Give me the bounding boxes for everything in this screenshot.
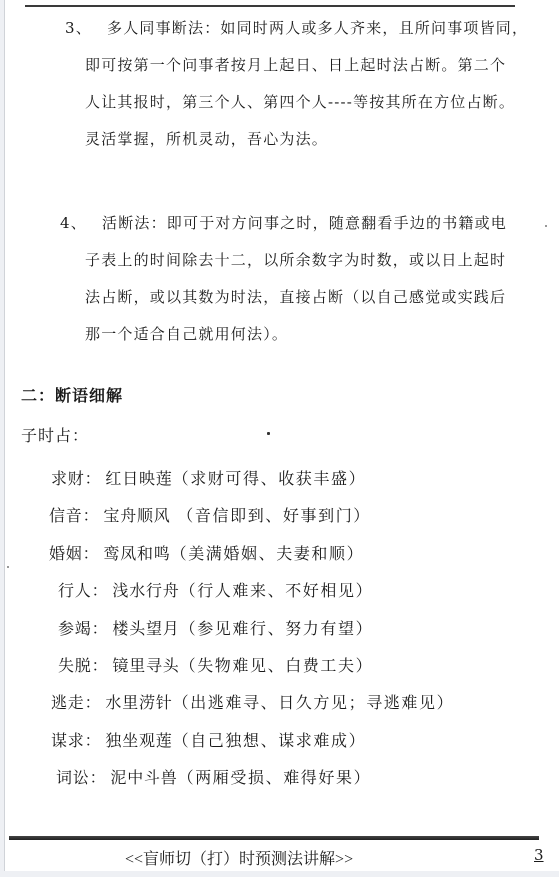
entry-term: 失脱： [58,656,108,675]
entry-phrase: 水里涝针 [105,693,172,712]
bottom-rule [9,836,539,840]
item-4-line-2: 子表上的时间除去十二，以所余数字为时数，或以日上起时 [85,242,507,279]
item-number: 3、 [65,10,107,47]
entry-phrase: 镜里寻头 [112,656,179,675]
item-3-line-3: 人让其报时，第三个人、第四个人----等按其所在方位占断。 [85,84,528,121]
entry-phrase: 宝舟顺风 [103,506,170,525]
entry-term: 婚姻： [49,544,99,563]
entry-term: 谋求： [51,731,101,750]
scan-speck [7,566,9,568]
entry-phrase: 楼头望月 [112,619,179,638]
entry-note: （音信即到、好事到门） [171,506,371,525]
entry-term: 参竭： [58,619,108,638]
entry-term: 行人： [58,581,108,600]
scan-speck [545,225,547,227]
entry-note: （求财可得、收获丰盛） [173,469,367,488]
item-4-line-3: 法占断，或以其数为时法，直接占断（以自己感觉或实践后 [85,279,507,316]
list-item: 失脱：镜里寻头（失物难见、白费工夫） [58,647,454,684]
entry-phrase: 独坐观莲 [105,731,172,750]
entry-term: 逃走： [51,693,101,712]
item-3-line-2: 即可按第一个问事者按月上起日、日上起时法占断。第二个 [85,47,528,84]
item-number: 4、 [60,205,102,242]
entry-term: 词讼： [56,768,106,787]
section-title: 二：断语细解 [21,383,123,406]
list-item: 逃走：水里涝针（出逃难寻、日久方见；寻逃难见） [51,684,454,721]
list-item: 词讼：泥中斗兽（两厢受损、难得好果） [56,759,454,796]
entry-note: （美满婚姻、夫妻和顺） [171,544,365,563]
entry-note: （自己独想、谋求难成） [173,731,367,750]
entry-note: （参见难行、努力有望） [180,619,374,638]
item-3: 3、多人同事断法：如同时两人或多人齐来，且所问事项皆同， 即可按第一个问事者按月… [65,10,528,158]
entry-term: 信音： [49,506,99,525]
entry-note: （行人难来、不好相见） [180,581,374,600]
list-item: 求财：红日映莲（求财可得、收获丰盛） [51,460,454,497]
item-3-line-1: 3、多人同事断法：如同时两人或多人齐来，且所问事项皆同， [65,10,528,47]
entry-list: 求财：红日映莲（求财可得、收获丰盛） 信音：宝舟顺风 （音信即到、好事到门） 婚… [49,460,454,797]
entry-note: （出逃难寻、日久方见；寻逃难见） [173,693,455,712]
item-3-line-4: 灵活掌握，所机灵动，吾心为法。 [85,121,528,158]
top-rule [25,5,515,7]
list-item: 婚姻：鸾凤和鸣（美满婚姻、夫妻和顺） [49,535,454,572]
entry-phrase: 泥中斗兽 [110,768,177,787]
list-item: 参竭：楼头望月（参见难行、努力有望） [58,610,454,647]
item-4: 4、活断法：即可于对方问事之时，随意翻看手边的书籍或电 子表上的时间除去十二，以… [60,205,507,353]
list-item: 行人：浅水行舟（行人难来、不好相见） [58,572,454,609]
item-4-line-4: 那一个适合自己就用何法）。 [85,316,507,353]
entry-note: （失物难见、白费工夫） [180,656,374,675]
footer-title: <<盲师切（打）时预测法讲解>> [125,846,353,869]
item-4-line-1: 4、活断法：即可于对方问事之时，随意翻看手边的书籍或电 [60,205,507,242]
entry-phrase: 红日映莲 [105,469,172,488]
sub-title: 子时占： [21,423,89,446]
scan-speck [267,432,270,435]
list-item: 信音：宝舟顺风 （音信即到、好事到门） [49,497,454,534]
entry-term: 求财： [51,469,101,488]
page-number: 3 [534,846,544,864]
entry-phrase: 鸾凤和鸣 [103,544,170,563]
document-page: 3、多人同事断法：如同时两人或多人齐来，且所问事项皆同， 即可按第一个问事者按月… [4,0,559,871]
list-item: 谋求：独坐观莲（自己独想、谋求难成） [51,722,454,759]
entry-note: （两厢受损、难得好果） [178,768,372,787]
entry-phrase: 浅水行舟 [112,581,179,600]
